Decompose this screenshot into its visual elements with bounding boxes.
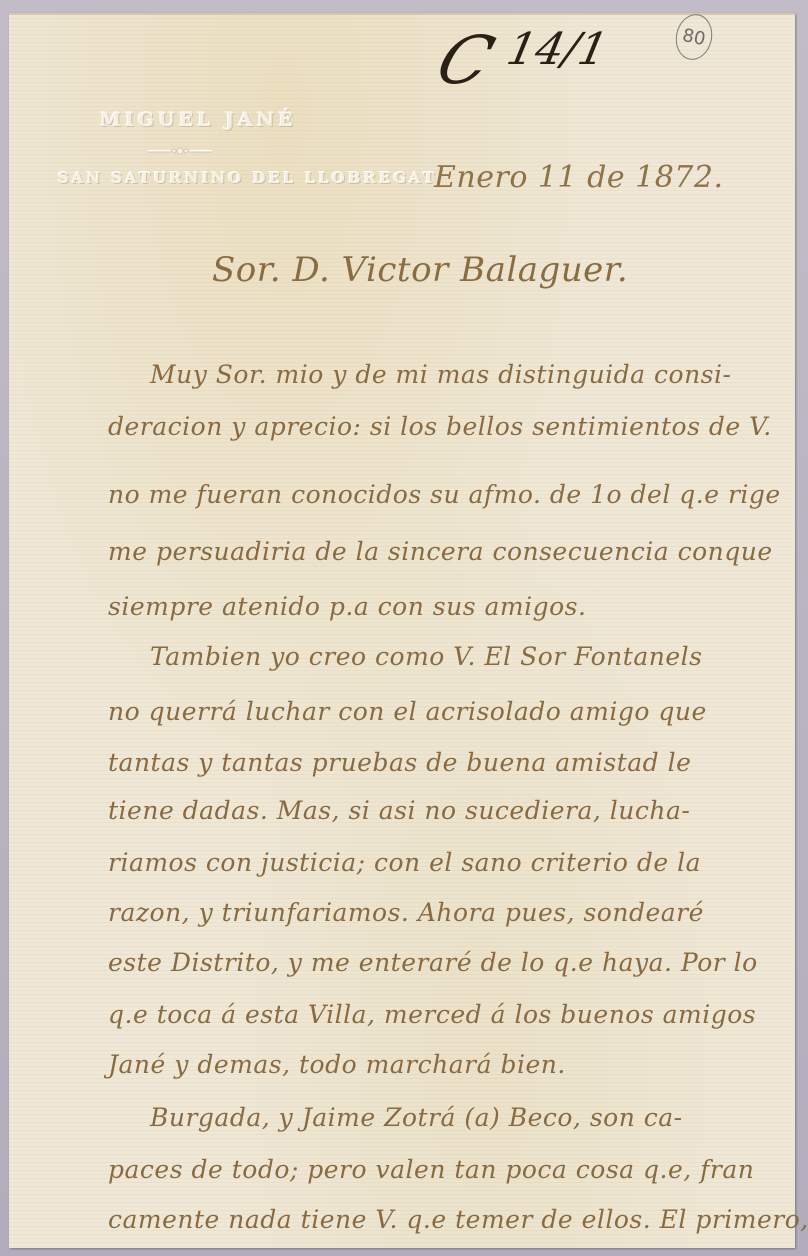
body-line: Muy Sor. mio y de mi mas distinguida con… bbox=[150, 360, 731, 389]
body-line: me persuadiria de la sincera consecuenci… bbox=[108, 537, 773, 566]
body-line: razon, y triunfariamos. Ahora pues, sond… bbox=[108, 898, 704, 927]
letter-date: Enero 11 de 1872. bbox=[434, 160, 724, 195]
letterhead-ornament-icon bbox=[148, 146, 212, 156]
letterhead-place: SAN SATURNINO DEL LLOBREGAT bbox=[58, 169, 437, 187]
body-line: paces de todo; pero valen tan poca cosa … bbox=[108, 1155, 754, 1184]
body-line: deracion y aprecio: si los bellos sentim… bbox=[108, 412, 772, 441]
body-line: camente nada tiene V. q.e temer de ellos… bbox=[108, 1205, 808, 1234]
body-line: q.e toca á esta Villa, merced á los buen… bbox=[108, 1000, 756, 1029]
body-line: siempre atenido p.a con sus amigos. bbox=[108, 592, 586, 621]
letterhead-name: MIGUEL JANÉ bbox=[100, 109, 297, 131]
folio-number: 80 bbox=[681, 24, 708, 49]
salutation: Sor. D. Victor Balaguer. bbox=[212, 250, 628, 290]
body-line: Burgada, y Jaime Zotrá (a) Beco, son ca- bbox=[150, 1103, 683, 1132]
body-line: tantas y tantas pruebas de buena amistad… bbox=[108, 748, 691, 777]
body-line: no querrá luchar con el acrisolado amigo… bbox=[108, 697, 707, 726]
body-line: este Distrito, y me enteraré de lo q.e h… bbox=[108, 948, 758, 977]
catalog-fraction: 14/1 bbox=[503, 24, 613, 75]
body-line: no me fueran conocidos su afmo. de 1o de… bbox=[108, 480, 781, 509]
body-line: riamos con justicia; con el sano criteri… bbox=[108, 848, 701, 877]
body-line: Jané y demas, todo marchará bien. bbox=[108, 1050, 566, 1079]
body-line: Tambien yo creo como V. El Sor Fontanels bbox=[150, 642, 702, 671]
body-line: tiene dadas. Mas, si asi no sucediera, l… bbox=[108, 796, 690, 825]
